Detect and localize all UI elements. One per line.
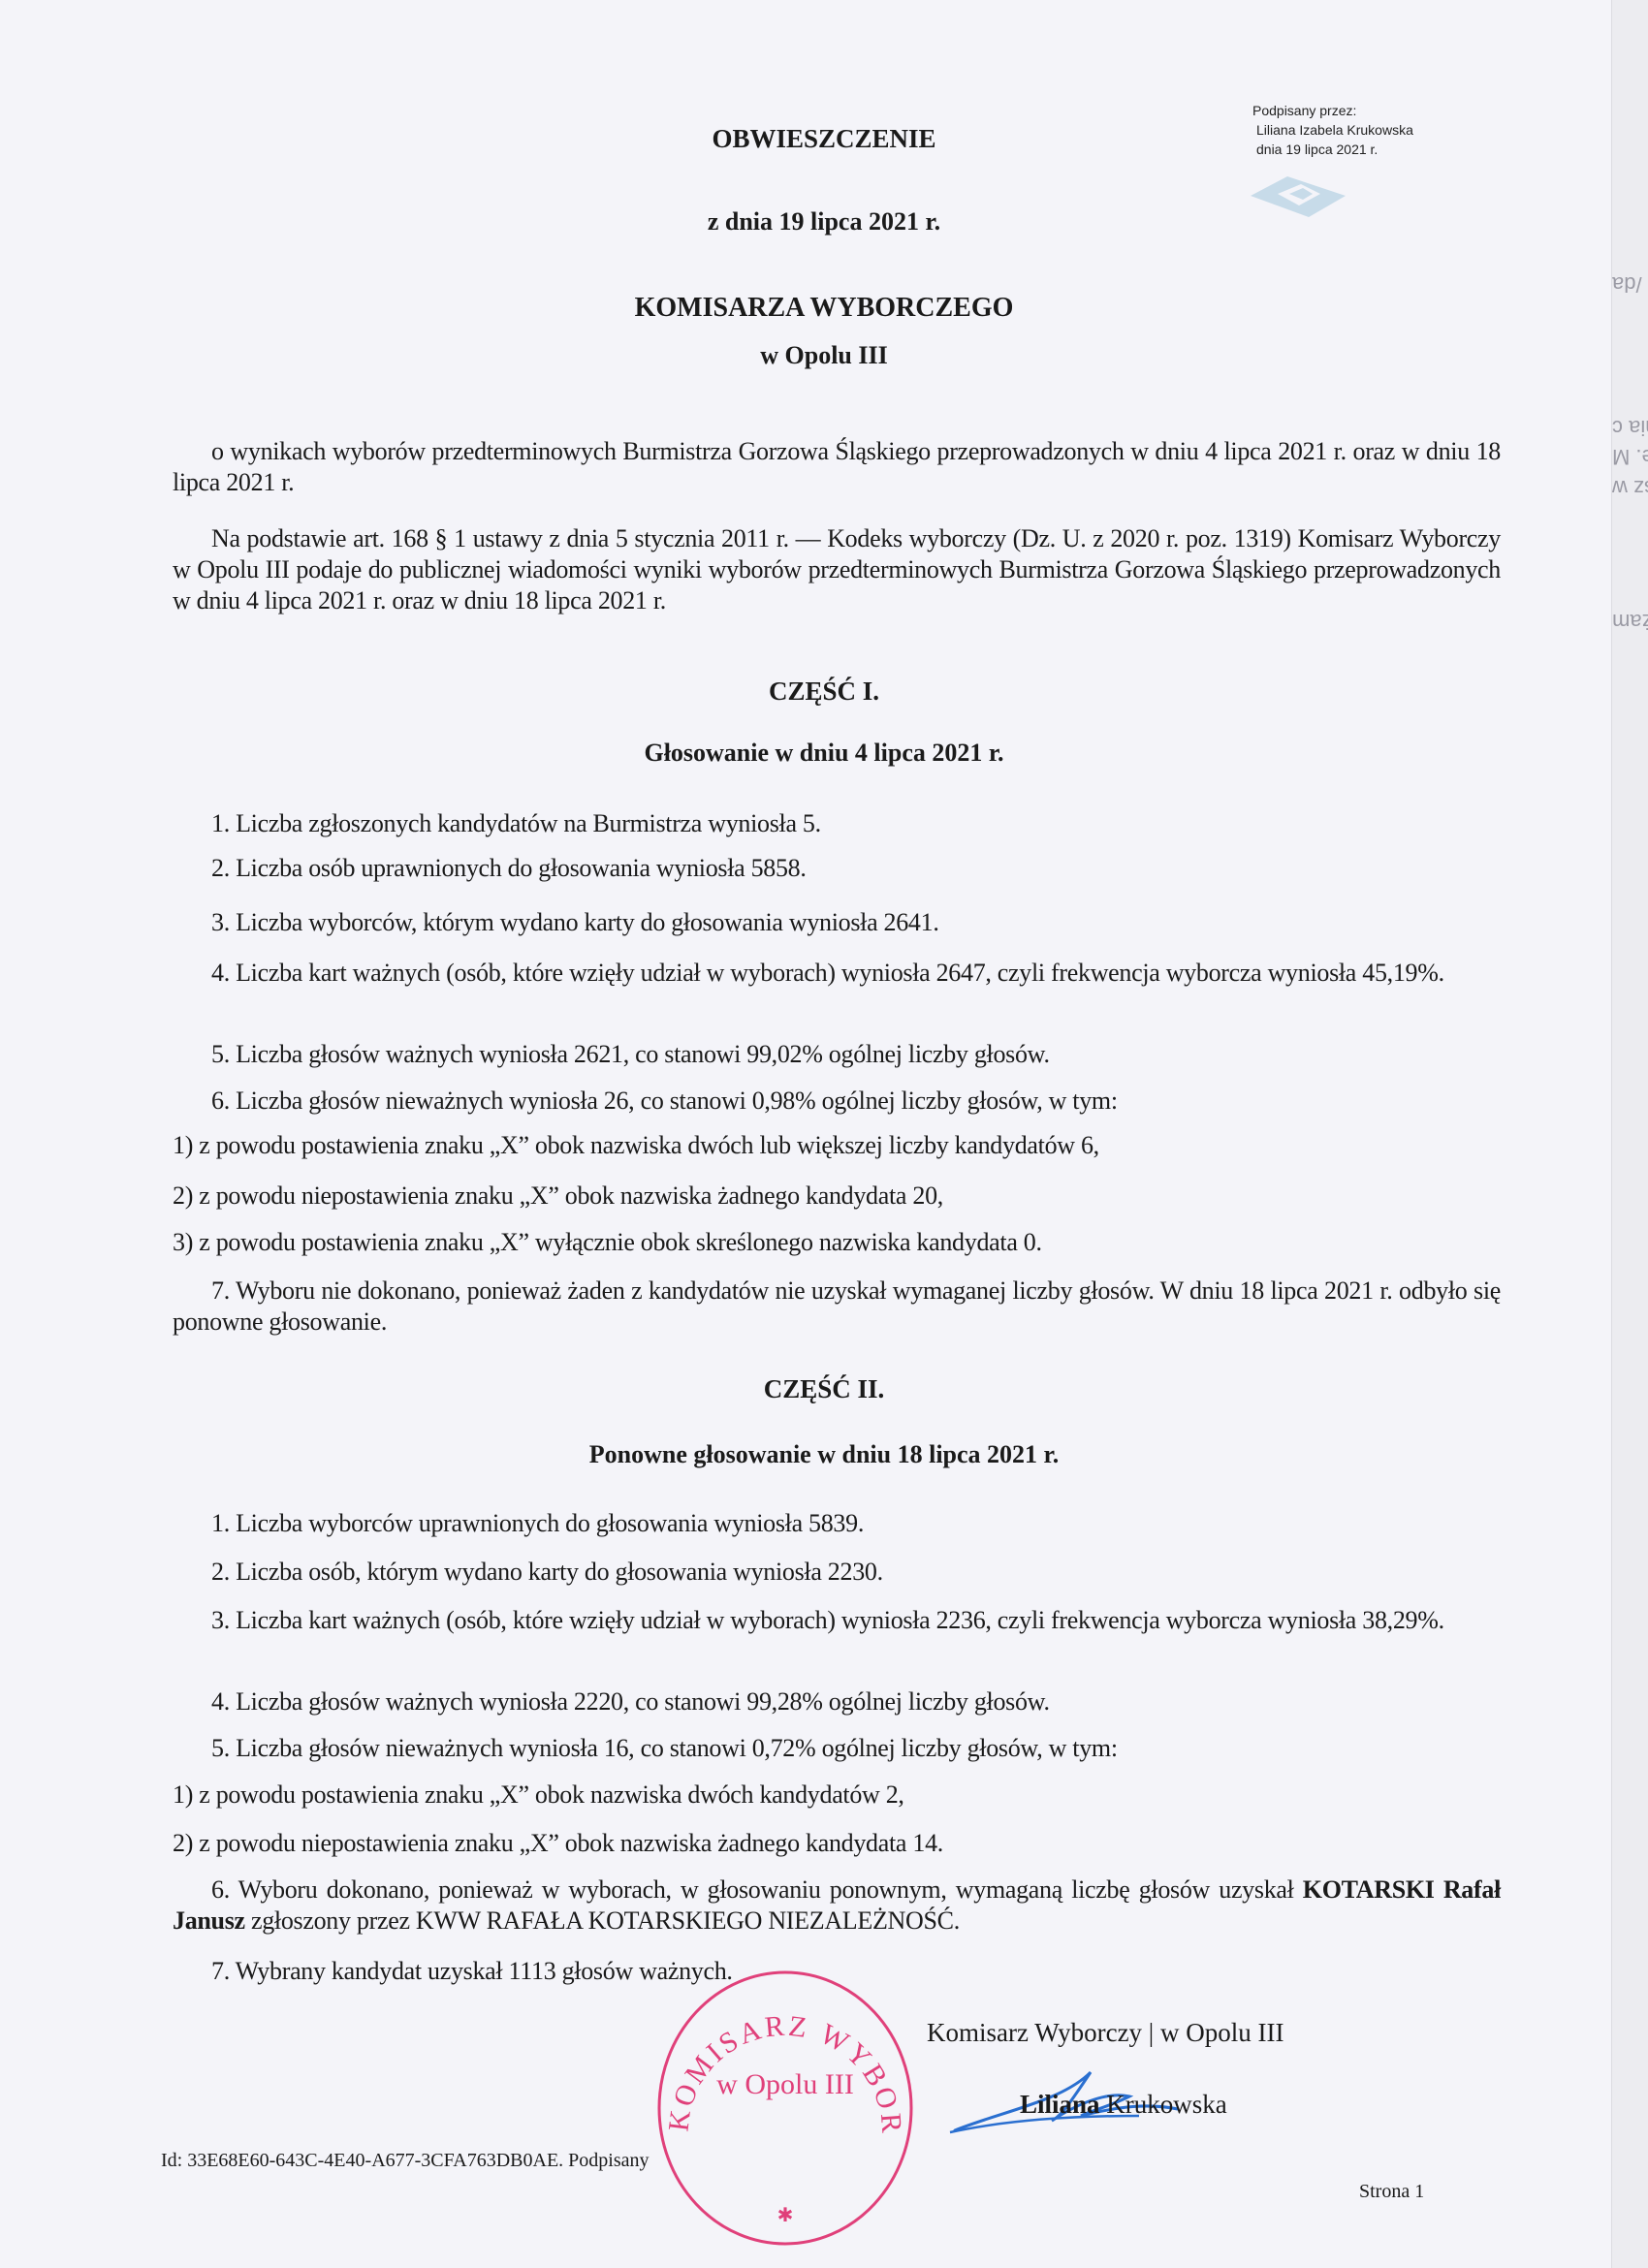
part2-subheading: Ponowne głosowanie w dniu 18 lipca 2021 … [0, 1440, 1648, 1469]
legal-basis-paragraph: Na podstawie art. 168 § 1 ustawy z dnia … [173, 523, 1501, 616]
document-title: OBWIESZCZENIE [0, 124, 1648, 154]
part1-heading: CZĘŚĆ I. [0, 677, 1648, 707]
signature-label: Podpisany przez: [1252, 101, 1413, 120]
subject-paragraph: o wynikach wyborów przedterminowych Burm… [173, 436, 1501, 498]
part2-item-4: 4. Liczba głosów ważnych wyniosła 2220, … [211, 1686, 1501, 1717]
document-id: Id: 33E68E60-643C-4E40-A677-3CFA763DB0AE… [161, 2150, 650, 2172]
svg-text:KOMISARZ WYBORCZY: KOMISARZ WYBORCZY [650, 1968, 908, 2136]
part2-item-5: 5. Liczba głosów nieważnych wyniosła 16,… [211, 1733, 1501, 1764]
part2-item-2: 2. Liczba osób, którym wydano karty do g… [211, 1557, 1501, 1588]
underlying-sheet-edge: /da nia c e. M sz w żam [1611, 0, 1648, 2268]
part2-invalid-reason-1: 1) z powodu postawienia znaku „X” obok n… [173, 1780, 904, 1811]
part1-invalid-reason-3: 3) z powodu postawienia znaku „X” wyłącz… [173, 1227, 1042, 1258]
document-date: z dnia 19 lipca 2021 r. [0, 207, 1648, 236]
part2-result: 6. Wyboru dokonano, ponieważ w wyborach,… [173, 1874, 1501, 1937]
signer-name: Liliana Krukowska [1020, 2090, 1227, 2120]
document-page: Podpisany przez: Liliana Izabela Krukows… [0, 0, 1611, 2268]
part1-conclusion: 7. Wyboru nie dokonano, ponieważ żaden z… [173, 1276, 1501, 1338]
part2-item-1: 1. Liczba wyborców uprawnionych do głoso… [211, 1508, 1501, 1539]
part1-subheading: Głosowanie w dniu 4 lipca 2021 r. [0, 739, 1648, 768]
stamp-star-icon: ✱ [777, 2205, 794, 2226]
part1-item-4: 4. Liczba kart ważnych (osób, które wzię… [173, 958, 1501, 989]
page-number: Strona 1 [1359, 2181, 1424, 2203]
part1-item-1: 1. Liczba zgłoszonych kandydatów na Burm… [211, 808, 1501, 839]
part2-heading: CZĘŚĆ II. [0, 1374, 1648, 1404]
stamp-center-text: w Opolu III [716, 2068, 854, 2100]
part2-invalid-reason-2: 2) z powodu niepostawienia znaku „X” obo… [173, 1828, 943, 1859]
stamp-ring-text: KOMISARZ WYBORCZY [650, 1968, 908, 2136]
part1-item-6: 6. Liczba głosów nieważnych wyniosła 26,… [211, 1086, 1501, 1117]
part2-item-3: 3. Liczba kart ważnych (osób, które wzię… [173, 1605, 1501, 1636]
part1-item-3: 3. Liczba wyborców, którym wydano karty … [211, 907, 1501, 938]
issuer-location: w Opolu III [0, 341, 1648, 370]
signer-role: Komisarz Wyborczy | w Opolu III [927, 2018, 1284, 2048]
part1-item-2: 2. Liczba osób uprawnionych do głosowani… [211, 853, 1501, 884]
issuer-name: KOMISARZA WYBORCZEGO [0, 293, 1648, 324]
part1-invalid-reason-1: 1) z powodu postawienia znaku „X” obok n… [173, 1130, 1099, 1161]
part1-invalid-reason-2: 2) z powodu niepostawienia znaku „X” obo… [173, 1181, 943, 1212]
official-stamp: KOMISARZ WYBORCZY w Opolu III ✱ [650, 1968, 921, 2253]
part1-item-5: 5. Liczba głosów ważnych wyniosła 2621, … [211, 1039, 1501, 1070]
